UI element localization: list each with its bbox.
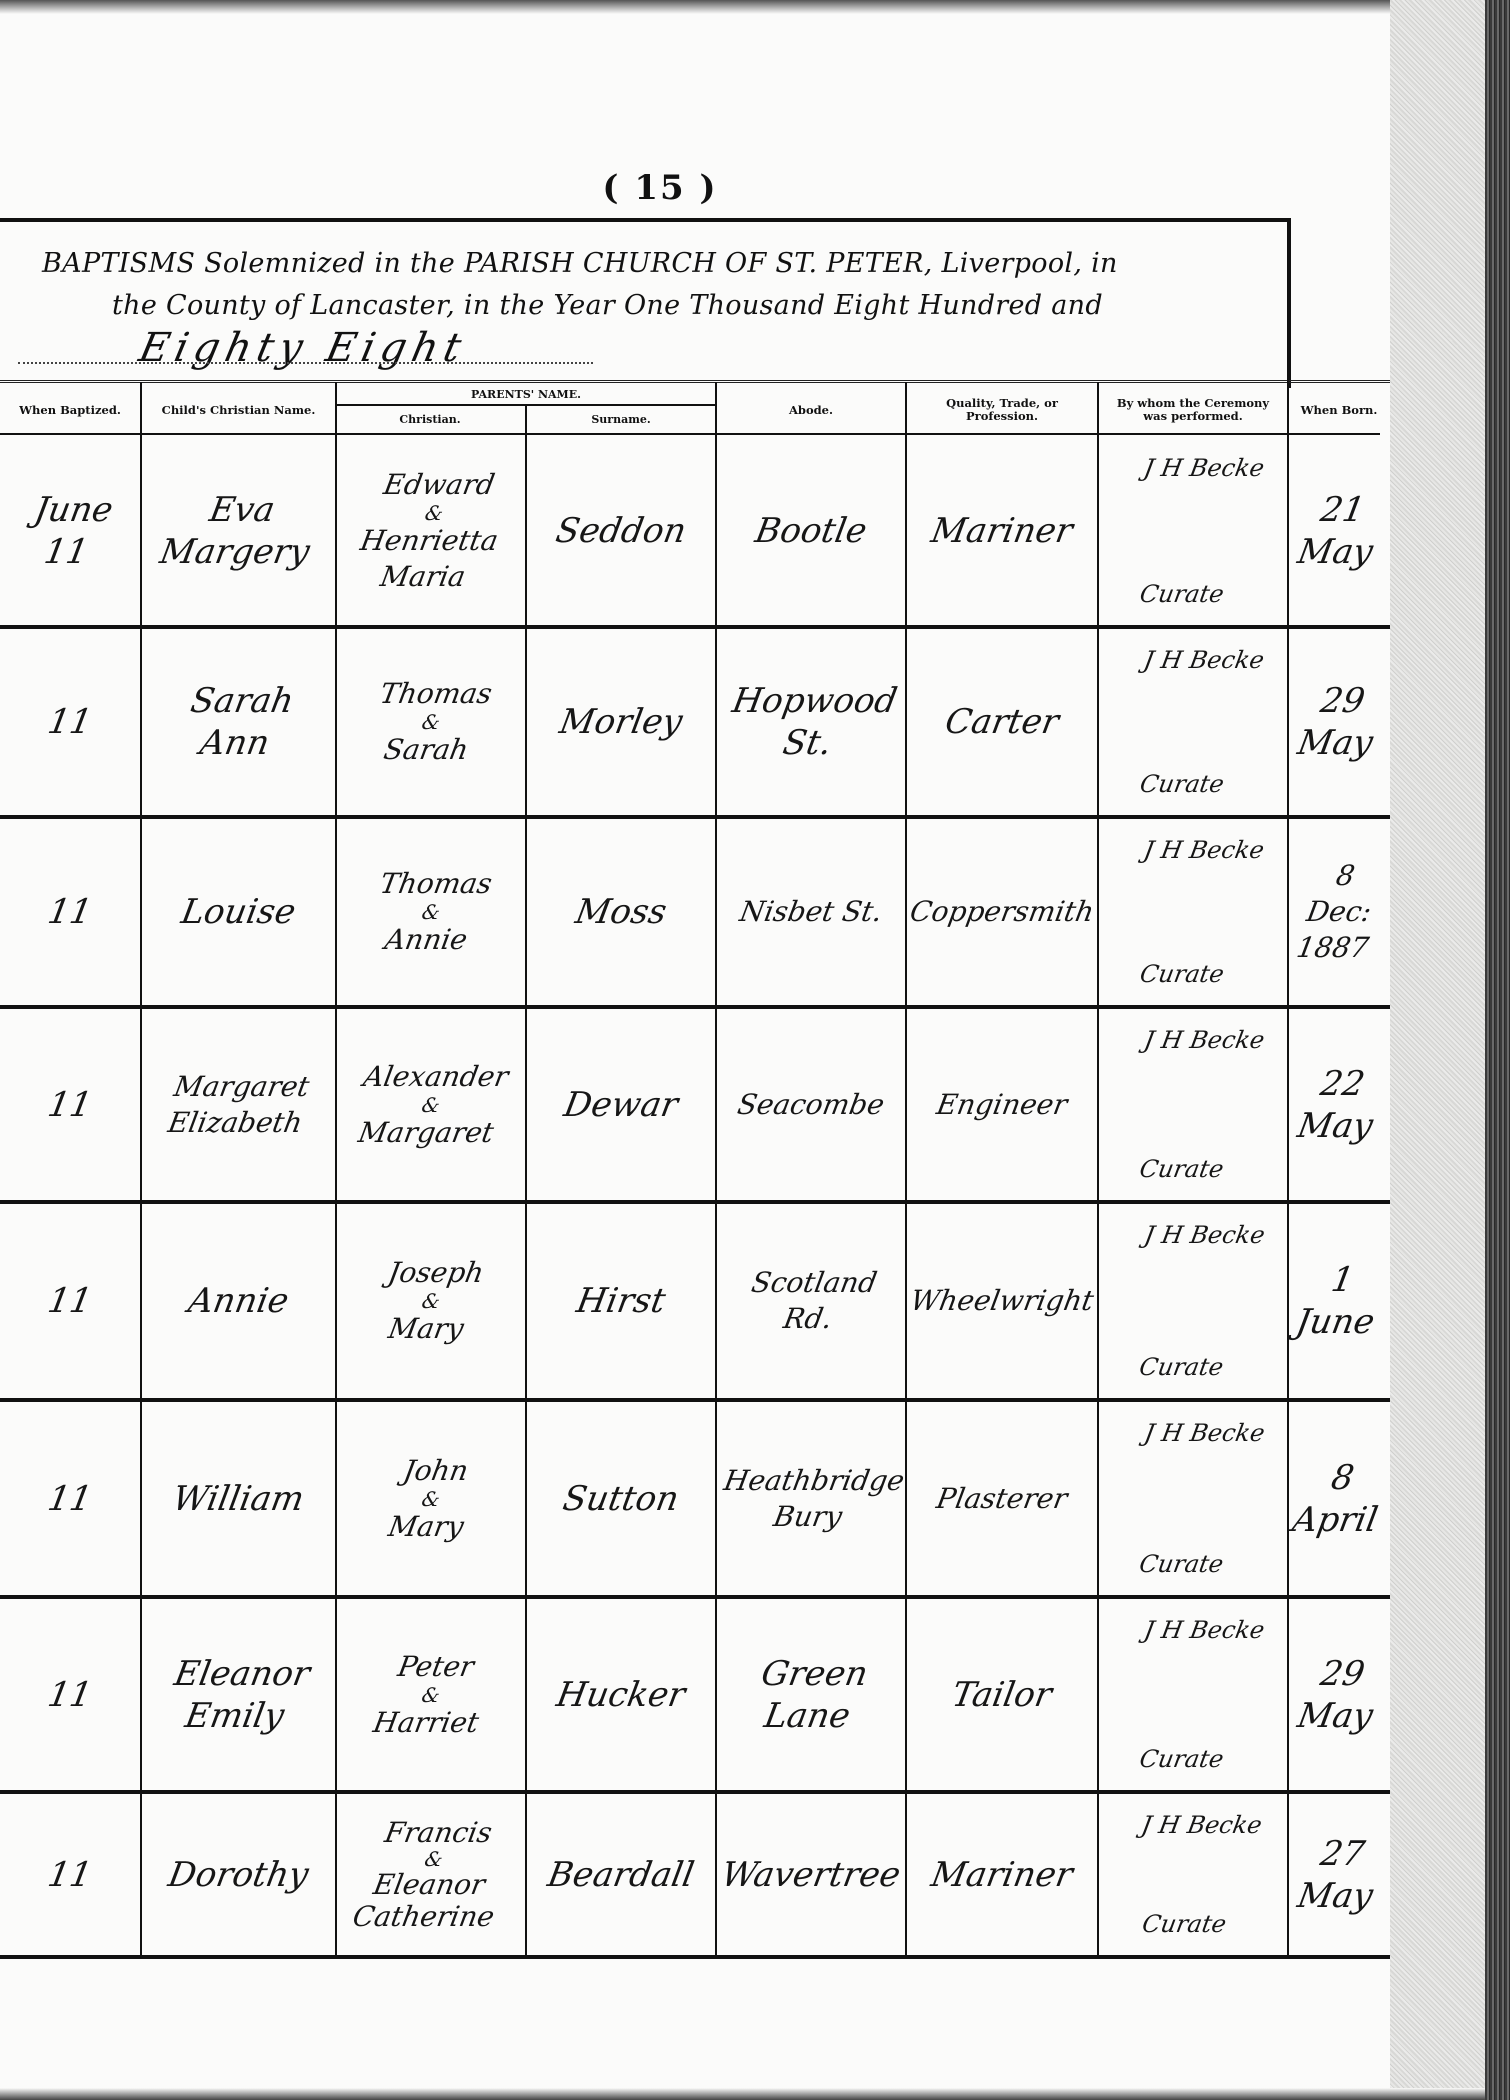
- col-header-when-born: When Born.: [1289, 388, 1389, 432]
- entry-1-surname: Seddon: [510, 437, 731, 625]
- page-right-margin: [1390, 0, 1485, 2100]
- book-binding: [1485, 0, 1510, 2100]
- entry-5-abode: ScotlandRd.: [700, 1204, 922, 1398]
- col-header-parents-christian: Christian.: [337, 413, 523, 426]
- entry-8-parents: Francis&EleanorCatherine: [323, 1794, 539, 1955]
- entry-3-profession: Coppersmith: [891, 819, 1114, 1005]
- entry-7-parents: Peter&Harriet: [320, 1599, 542, 1790]
- year-dotted-line: [18, 362, 593, 364]
- page-bottom-edge: [0, 2088, 1485, 2100]
- page-number: ( 15 ): [585, 168, 735, 208]
- entry-2-profession: Carter: [891, 629, 1114, 815]
- register-title-line-1: BAPTISMS Solemnized in the PARISH CHURCH…: [42, 248, 1118, 279]
- entry-2-parents: Thomas&Sarah: [321, 629, 542, 815]
- col-header-profession: Quality, Trade, or Profession.: [907, 388, 1097, 432]
- entry-8-abode: Wavertree: [703, 1794, 919, 1955]
- entry-8-profession: Mariner: [893, 1794, 1111, 1955]
- col-header-abode: Abode.: [717, 388, 905, 432]
- entry-4-abode: Seacombe: [700, 1009, 922, 1200]
- entry-3-parents: Thomas&Annie: [321, 819, 542, 1005]
- col-header-parents-name: PARENTS' NAME.: [337, 388, 715, 401]
- register-year-handwritten: Eighty Eight: [135, 325, 471, 371]
- col-header-officiant: By whom the Ceremony was performed.: [1099, 388, 1287, 432]
- entry-1-child-name: EvaMargery: [125, 437, 351, 625]
- entry-1-officiant: J H BeckeCurate: [1082, 437, 1303, 625]
- row-divider: [0, 1955, 1390, 1959]
- entry-5-surname: Hirst: [510, 1204, 732, 1398]
- entry-7-officiant: J H BeckeCurate: [1082, 1599, 1304, 1790]
- entry-6-officiant: J H BeckeCurate: [1082, 1402, 1304, 1595]
- col-header-child-name: Child's Christian Name.: [142, 388, 335, 432]
- entry-6-surname: Sutton: [510, 1402, 732, 1595]
- header-bottom-rule: [0, 433, 1380, 435]
- entry-4-surname: Dewar: [510, 1009, 732, 1200]
- entry-1-profession: Mariner: [890, 437, 1113, 625]
- entry-7-abode: GreenLane: [700, 1599, 922, 1790]
- col-header-when-baptized: When Baptized.: [0, 388, 140, 432]
- entry-7-surname: Hucker: [510, 1599, 732, 1790]
- entry-2-abode: HopwoodSt.: [701, 629, 922, 815]
- entry-6-profession: Plasterer: [890, 1402, 1114, 1595]
- entry-8-child-name: Dorothy: [128, 1794, 349, 1955]
- entry-2-surname: Morley: [511, 629, 732, 815]
- col-header-parents-surname: Surname.: [527, 413, 715, 426]
- register-title-line-2: the County of Lancaster, in the Year One…: [112, 290, 1103, 321]
- entry-1-parents: Edward&HenriettaMaria: [320, 437, 541, 625]
- entry-3-officiant: J H BeckeCurate: [1083, 819, 1304, 1005]
- entry-7-profession: Tailor: [890, 1599, 1114, 1790]
- entry-6-parents: John&Mary: [320, 1402, 542, 1595]
- entry-4-profession: Engineer: [890, 1009, 1114, 1200]
- entry-6-abode: HeathbridgeBury: [700, 1402, 922, 1595]
- entry-4-parents: Alexander&Margaret: [320, 1009, 542, 1200]
- entry-5-officiant: J H BeckeCurate: [1082, 1204, 1304, 1398]
- entry-4-officiant: J H BeckeCurate: [1082, 1009, 1304, 1200]
- entry-2-child-name: SarahAnn: [126, 629, 352, 815]
- page-top-edge: [0, 0, 1485, 14]
- entry-4-child-name: MargaretElizabeth: [125, 1009, 352, 1200]
- header-top-rule: [0, 380, 1390, 383]
- entry-8-surname: Beardall: [513, 1794, 729, 1955]
- entry-3-child-name: Louise: [126, 819, 352, 1005]
- entry-1-abode: Bootle: [700, 437, 921, 625]
- entry-5-child-name: Annie: [125, 1204, 352, 1398]
- entry-7-child-name: EleanorEmily: [125, 1599, 352, 1790]
- entry-8-officiant: J H BeckeCurate: [1085, 1794, 1301, 1955]
- entry-5-parents: Joseph&Mary: [320, 1204, 542, 1398]
- entry-6-child-name: William: [125, 1402, 352, 1595]
- entry-3-surname: Moss: [511, 819, 732, 1005]
- entry-3-abode: Nisbet St.: [701, 819, 922, 1005]
- entry-5-profession: Wheelwright: [890, 1204, 1114, 1398]
- entry-2-officiant: J H BeckeCurate: [1083, 629, 1304, 815]
